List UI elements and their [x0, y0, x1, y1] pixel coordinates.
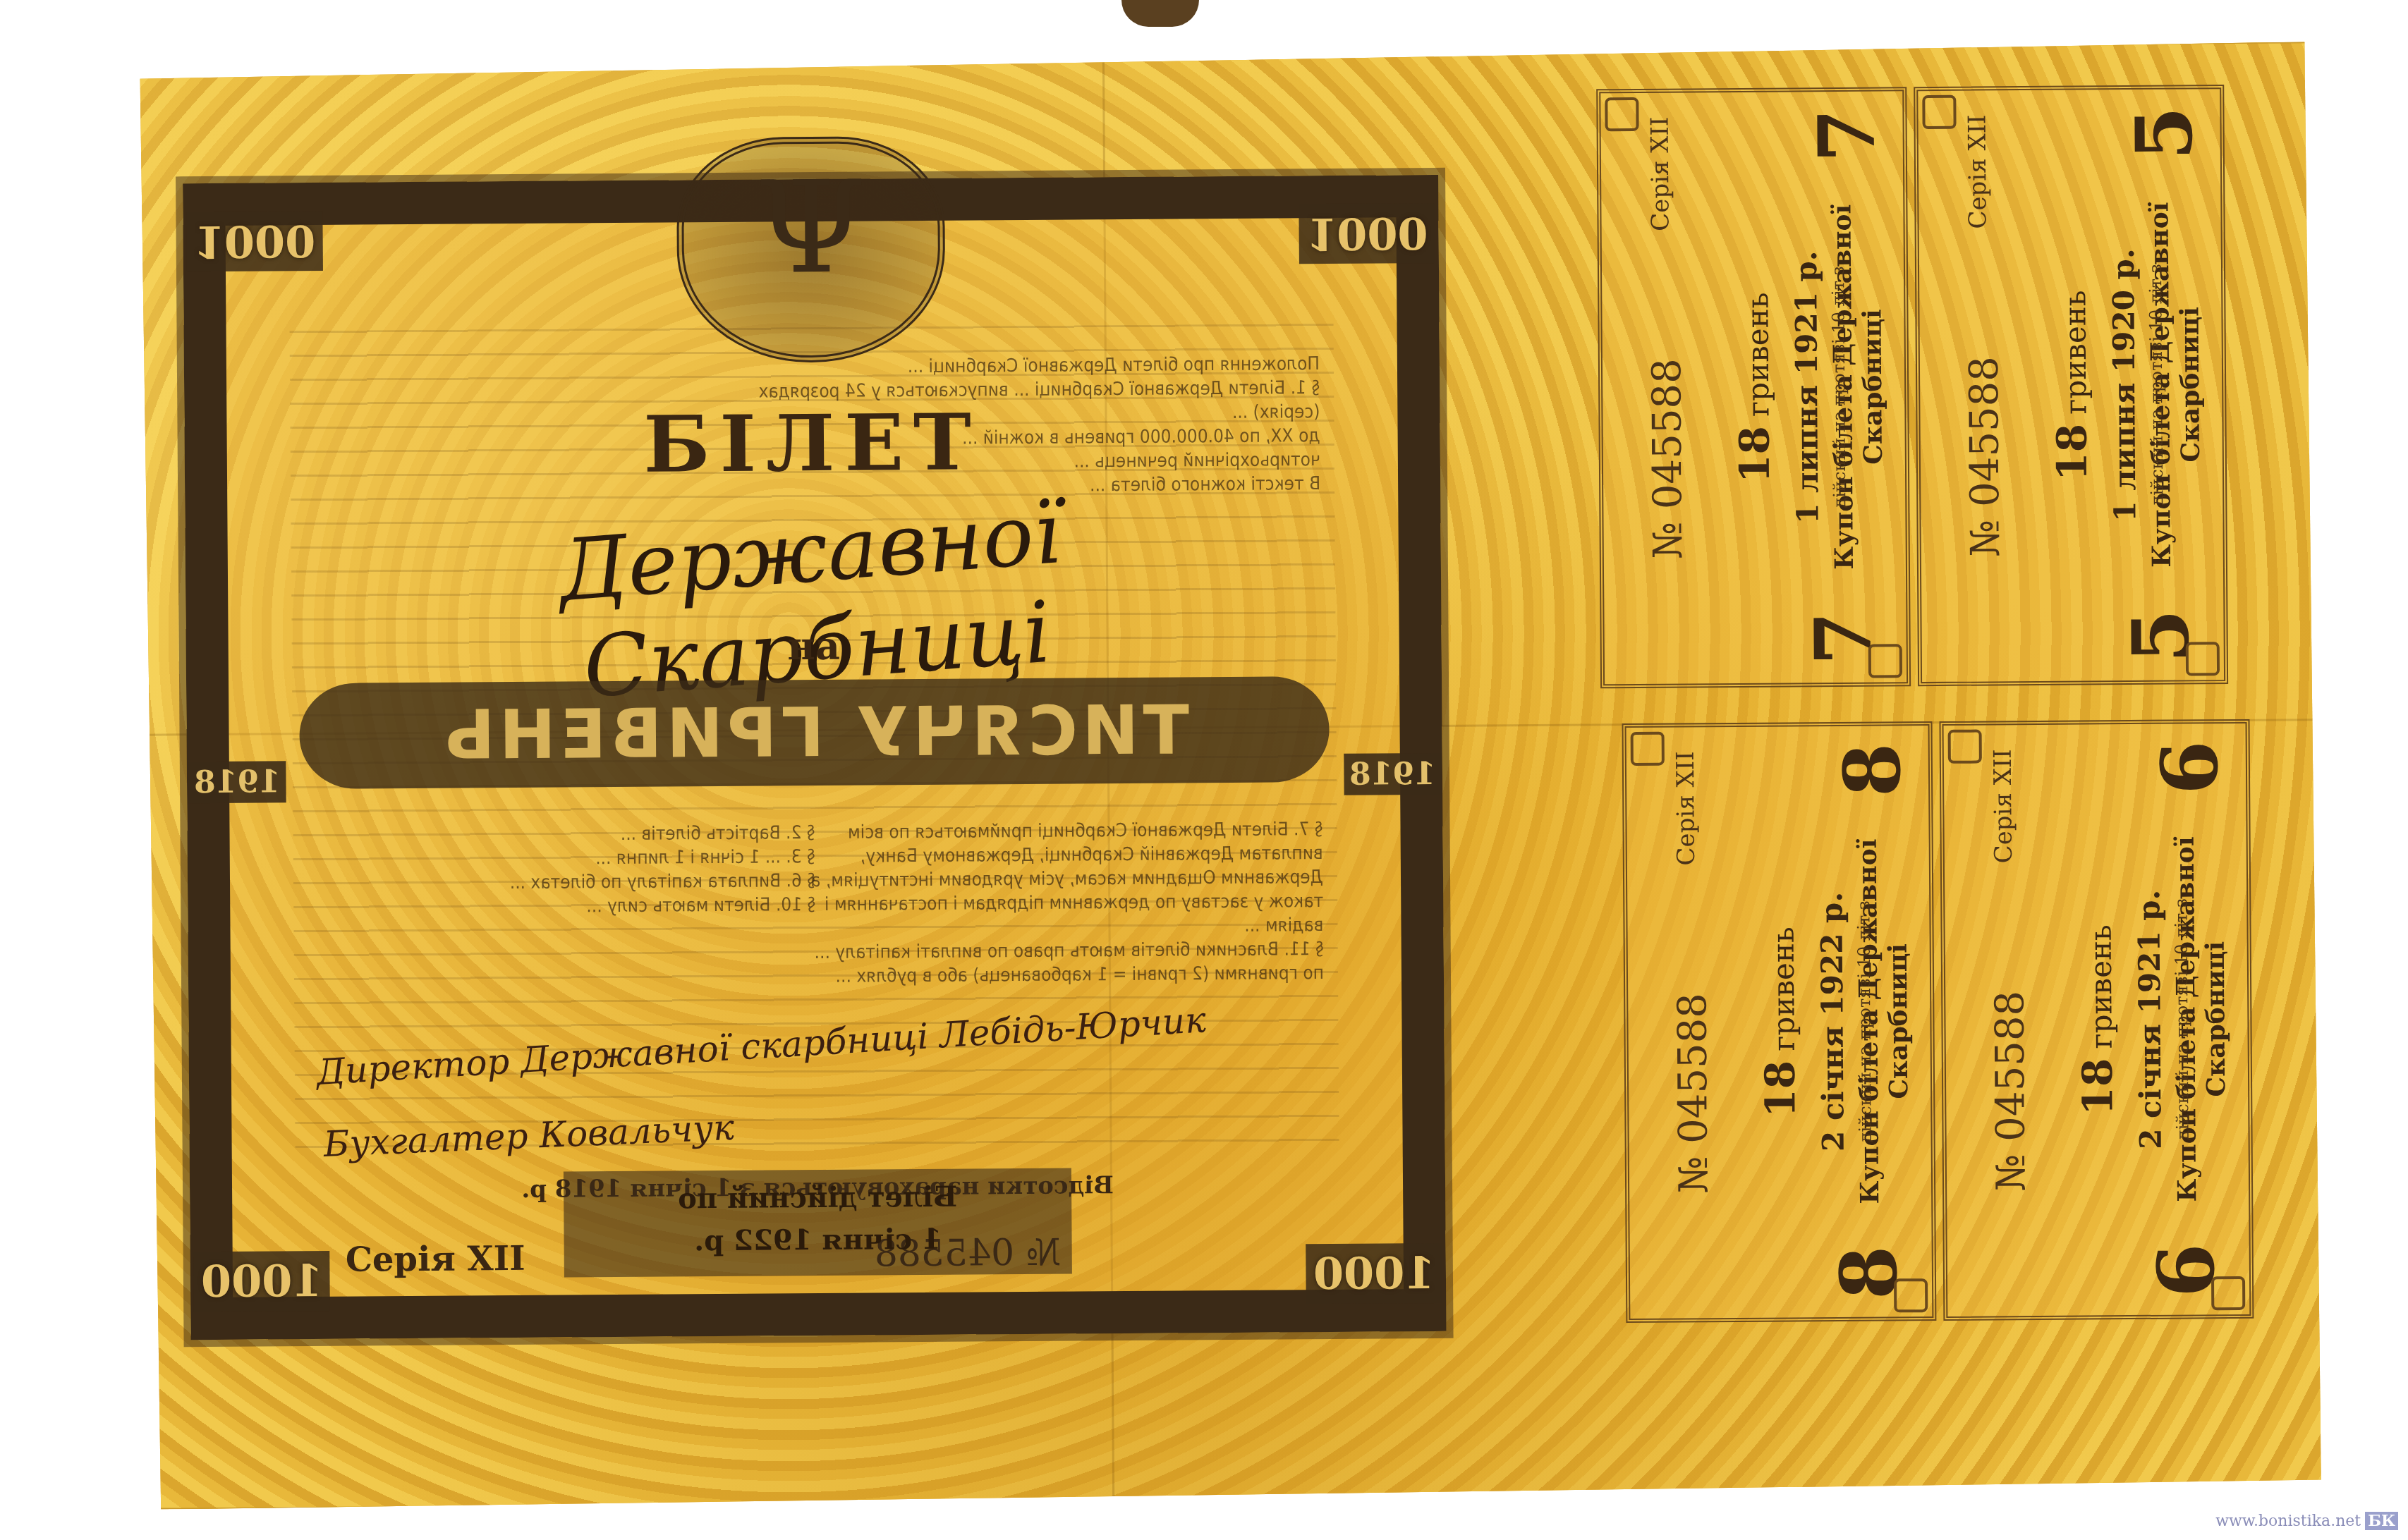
- coupon-date: 2 січня 1922 р.: [1814, 835, 1851, 1209]
- coupon-date: 1 липня 1920 р.: [2105, 198, 2143, 572]
- coupon-serial: № 045588: [1961, 262, 2009, 650]
- director-name: Лебідь-Юрчик: [938, 999, 1207, 1056]
- accountant-label: Бухгалтер: [323, 1116, 529, 1165]
- coupon-amount: 18 гривень: [2072, 833, 2123, 1206]
- coupon-validity: дійсний на протязі 10 літ з: [1854, 835, 1876, 1209]
- validity-box: Білет дійсний по 1 січня 1922 р.: [564, 1168, 1072, 1278]
- coupon-8: 8 8 Купон білета Державної Скарбниці дій…: [1622, 721, 1936, 1323]
- coupon-number: 7: [1804, 611, 1883, 666]
- coupon-amount: 18 гривень: [2046, 198, 2097, 572]
- corner-denomination: 1000: [186, 211, 322, 271]
- denomination-band: ТИСЯЧУ ГРИВЕНЬ: [299, 676, 1330, 789]
- side-year: 1918: [188, 761, 286, 803]
- coupon-series: Серія XII: [1963, 114, 1992, 228]
- director-signature: Директор Державної скарбниці Лебідь-Юрчи…: [315, 999, 1207, 1093]
- side-year: 1918: [1343, 753, 1441, 795]
- corner-denomination: 1000: [1306, 1243, 1442, 1304]
- coupon-serial: № 045588: [1643, 264, 1692, 652]
- coupon-amount: 18 гривень: [1729, 201, 1780, 575]
- validity-line-2: 1 січня 1922 р.: [564, 1218, 1071, 1264]
- coupon-serial: № 045588: [1669, 899, 1717, 1287]
- accountant-signature: Бухгалтер Ковальчук: [323, 1107, 735, 1165]
- coupon-number: 7: [1808, 108, 1886, 162]
- coupon-number: 8: [1830, 1246, 1909, 1300]
- title-na: на: [291, 620, 1335, 672]
- coupon-series: Серія XII: [1672, 751, 1701, 865]
- paper-tab: [1121, 0, 1199, 27]
- text-field: Положення про білети Державної Скарбниці…: [290, 324, 1339, 1149]
- coupon-5: 5 5 Купон білета Державної Скарбниці дій…: [1914, 85, 2228, 686]
- corner-denomination: 1000: [194, 1251, 330, 1312]
- coupon-amount: 18 гривень: [1755, 835, 1806, 1209]
- trident-icon: Ψ: [755, 165, 867, 293]
- coupon-6: 6 6 Купон білета Державної Скарбниці дій…: [1939, 719, 2254, 1321]
- validity-line-1: Білет дійсний по: [564, 1175, 1071, 1221]
- coupon-number: 8: [1834, 742, 1912, 797]
- coupon-serial: № 045588: [1986, 897, 2035, 1285]
- coupon-validity: дійсний на протязі 10 літ з: [1828, 200, 1850, 574]
- coupon-series: Серія XII: [1646, 117, 1674, 231]
- coupon-7: 7 7 Купон білета Державної Скарбниці дій…: [1596, 87, 1911, 688]
- director-label: Директор Державної скарбниці: [315, 1016, 930, 1093]
- series-label: Серія XII: [346, 1239, 525, 1280]
- coupon-number: 5: [2125, 106, 2203, 160]
- regulation-text: § 7. Білети Державної Скарбниці приймают…: [786, 817, 1324, 989]
- banknote-sheet: Ψ 1000 1000 1000 1000 1918 1918 Положенн…: [129, 42, 2325, 1510]
- coupon-number: 6: [2151, 740, 2230, 795]
- watermark-logo: БК: [2365, 1512, 2398, 1530]
- regulation-text: § 2. Вартість білетів ... § 3. ... 1 січ…: [307, 821, 815, 920]
- corner-denomination: 1000: [1299, 203, 1435, 264]
- coupon-number: 5: [2122, 609, 2200, 664]
- site-watermark: www.bonistika.net БК: [2215, 1512, 2398, 1530]
- coupon-validity: дійсний на протязі 10 літ з: [2145, 198, 2167, 572]
- watermark-url: www.bonistika.net: [2215, 1512, 2361, 1530]
- coupon-date: 2 січня 1921 р.: [2132, 833, 2169, 1206]
- coupon-series: Серія XII: [1989, 749, 2018, 863]
- treasury-note: Ψ 1000 1000 1000 1000 1918 1918 Положенн…: [183, 175, 1446, 1340]
- accountant-name: Ковальчук: [538, 1107, 735, 1156]
- coupon-date: 1 липня 1921 р.: [1788, 200, 1825, 574]
- coupon-validity: дійсний на протязі 10 літ з: [2171, 832, 2194, 1206]
- coupon-number: 6: [2148, 1244, 2226, 1298]
- denomination-text: ТИСЯЧУ ГРИВЕНЬ: [439, 690, 1189, 774]
